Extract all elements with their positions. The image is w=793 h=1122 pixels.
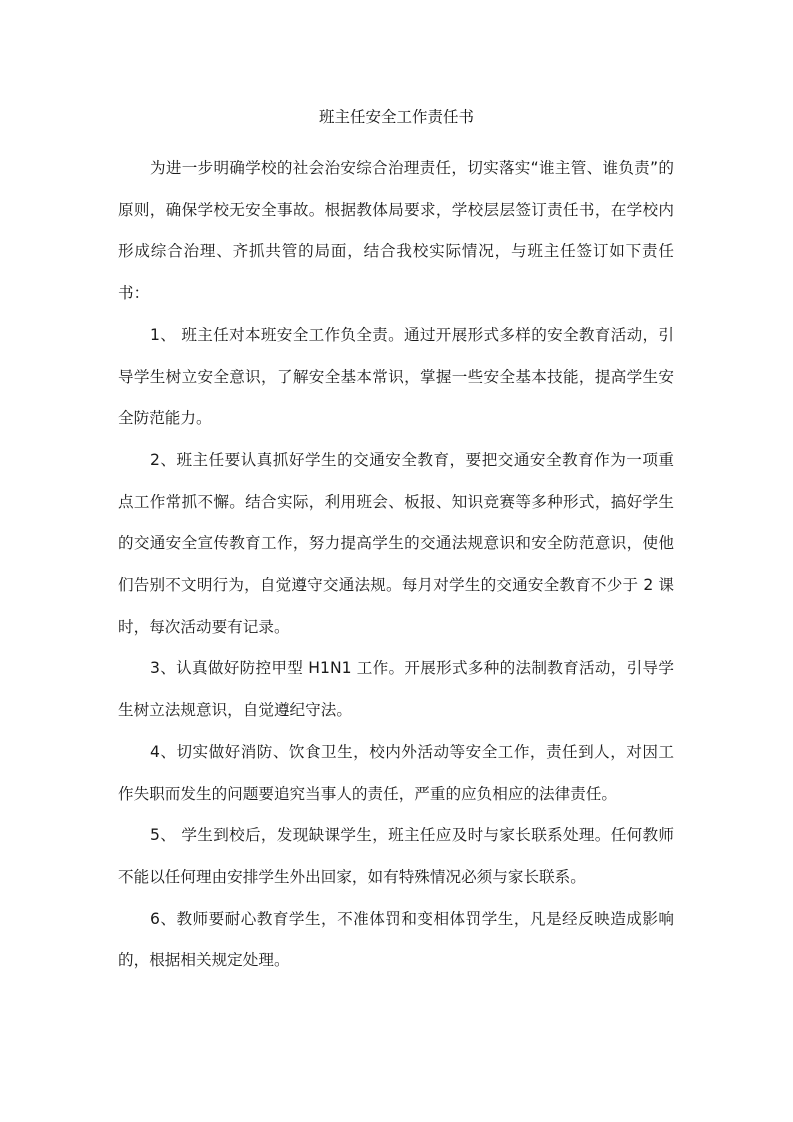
intro-paragraph: 为进一步明确学校的社会治安综合治理责任，切实落实“谁主管、谁负责”的原则，确保学…	[118, 148, 674, 315]
document-title: 班主任安全工作责任书	[0, 106, 793, 128]
clause-4: 4、切实做好消防、饮食卫生，校内外活动等安全工作，责任到人，对因工作失职而发生的…	[118, 732, 674, 815]
clause-3: 3、认真做好防控甲型 H1N1 工作。开展形式多种的法制教育活动，引导学生树立法…	[118, 648, 674, 731]
clause-1: 1、 班主任对本班安全工作负全责。通过开展形式多样的安全教育活动，引导学生树立安…	[118, 315, 674, 440]
document-body: 为进一步明确学校的社会治安综合治理责任，切实落实“谁主管、谁负责”的原则，确保学…	[118, 148, 674, 982]
clause-2: 2、班主任要认真抓好学生的交通安全教育，要把交通安全教育作为一项重点工作常抓不懈…	[118, 440, 674, 649]
clause-5: 5、 学生到校后，发现缺课学生，班主任应及时与家长联系处理。任何教师不能以任何理…	[118, 815, 674, 898]
clause-6: 6、教师要耐心教育学生，不准体罚和变相体罚学生，凡是经反映造成影响的，根据相关规…	[118, 899, 674, 982]
document-page: 班主任安全工作责任书 为进一步明确学校的社会治安综合治理责任，切实落实“谁主管、…	[0, 0, 793, 1122]
